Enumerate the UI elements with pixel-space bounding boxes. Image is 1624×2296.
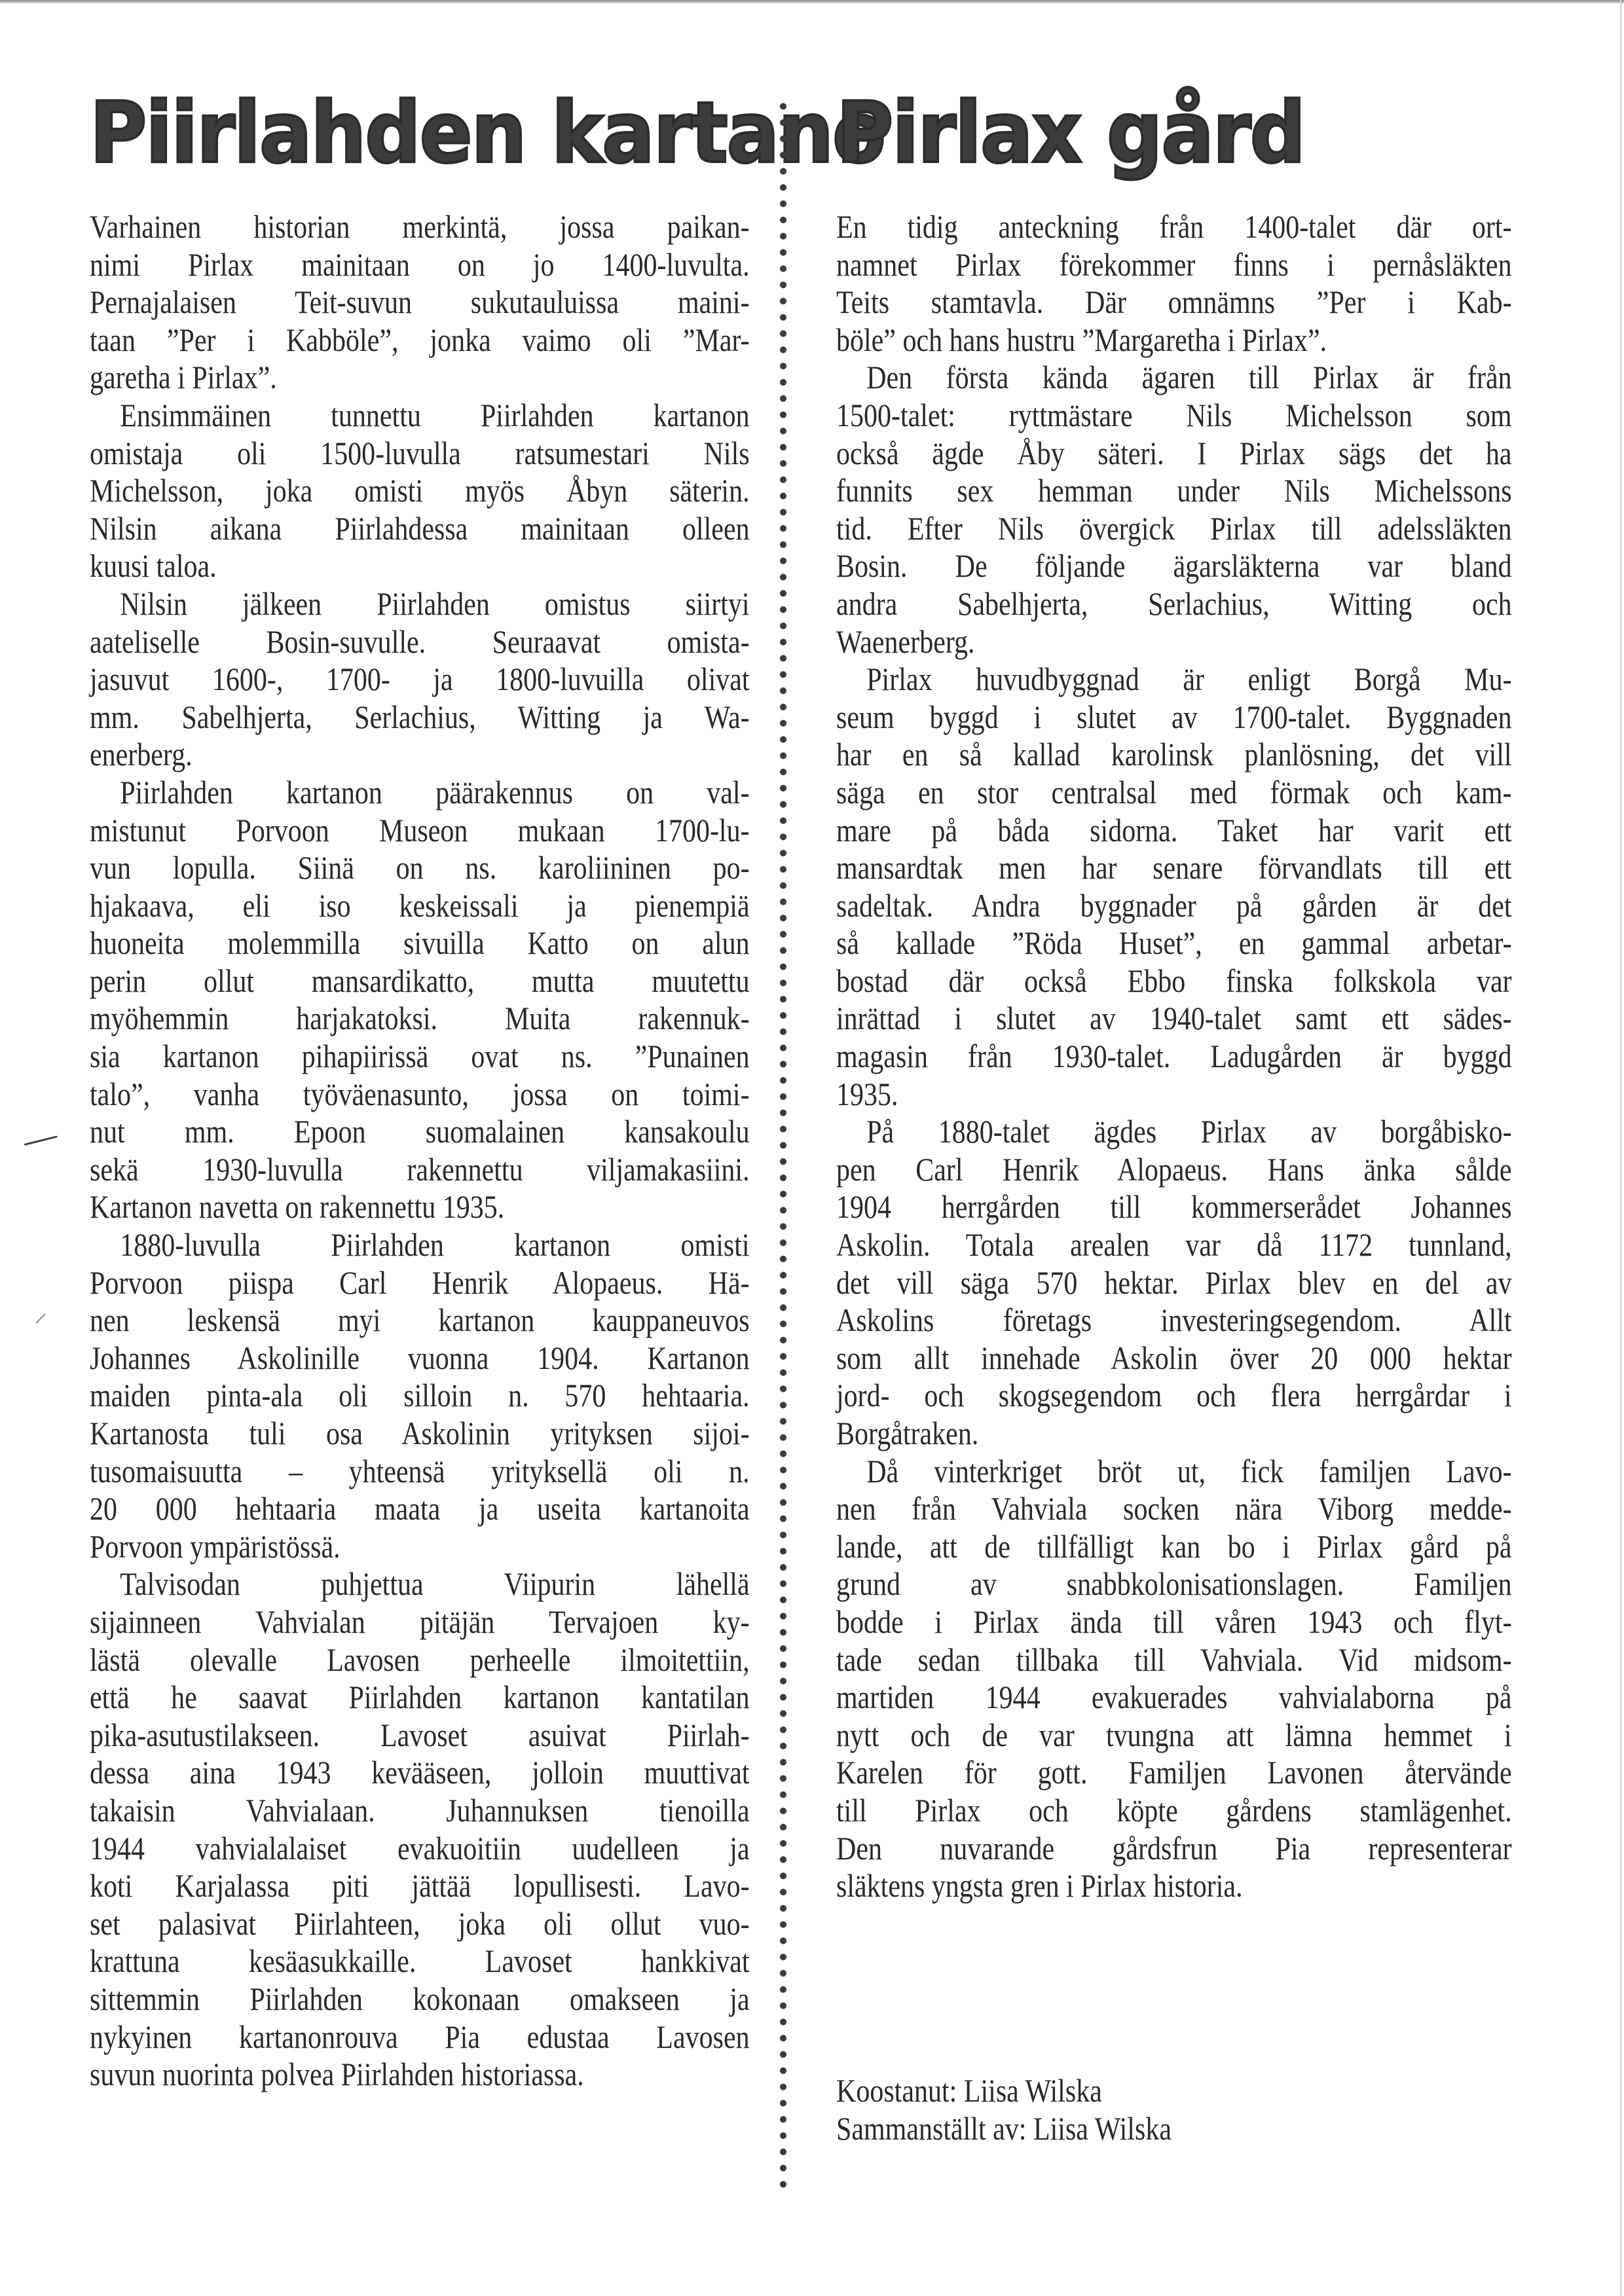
text-line: myöhemmin harjakatoksi. Muita rakennuk- [90, 1000, 750, 1038]
text-line: lästä olevalle Lavosen perheelle ilmoite… [90, 1641, 750, 1679]
text-line: bodde i Pirlax ända till våren 1943 och … [836, 1603, 1512, 1641]
column-divider-dots [779, 98, 787, 2190]
text-line: martiden 1944 evakuerades vahvialaborna … [836, 1679, 1512, 1717]
text-line: nut mm. Epoon suomalainen kansakoulu [90, 1113, 750, 1151]
text-line: magasin från 1930-talet. Ladugården är b… [836, 1038, 1512, 1076]
text-line: Karelen för gott. Familjen Lavonen återv… [836, 1754, 1512, 1792]
text-line: Porvoon ympäristössä. [90, 1528, 750, 1566]
text-line: Waenerberg. [836, 623, 1512, 661]
text-line: Varhainen historian merkintä, jossa paik… [90, 208, 750, 246]
text-line: släktens yngsta gren i Pirlax historia. [836, 1867, 1512, 1905]
finnish-article-body: Varhainen historian merkintä, jossa paik… [90, 208, 750, 2094]
text-line: Pirlax huvudbyggnad är enligt Borgå Mu- [836, 661, 1512, 699]
text-line: Nilsin jälkeen Piirlahden omistus siirty… [90, 585, 750, 623]
swedish-article-body: En tidig anteckning från 1400-talet där … [836, 208, 1512, 1905]
text-line: sittemmin Piirlahden kokonaan omakseen j… [90, 1980, 750, 2018]
text-line: koti Karjalassa piti jättää lopullisesti… [90, 1867, 750, 1905]
text-line: Den första kända ägaren till Pirlax är f… [836, 359, 1512, 397]
text-line: Johannes Askolinille vuonna 1904. Kartan… [90, 1339, 750, 1377]
text-line: 1500-talet: ryttmästare Nils Michelsson … [836, 397, 1512, 435]
text-line: pen Carl Henrik Alopaeus. Hans änka såld… [836, 1151, 1512, 1189]
text-line: suvun nuorinta polvea Piirlahden histori… [90, 2056, 750, 2094]
text-line: så kallade ”Röda Huset”, en gammal arbet… [836, 924, 1512, 962]
text-line: että he saavat Piirlahden kartanon kanta… [90, 1679, 750, 1717]
text-line: huoneita molemmilla sivuilla Katto on al… [90, 924, 750, 962]
text-line: set palasivat Piirlahteen, joka oli ollu… [90, 1905, 750, 1943]
text-line: tusomaisuutta – yhteensä yrityksellä oli… [90, 1453, 750, 1491]
text-line: som allt innehade Askolin över 20 000 he… [836, 1339, 1512, 1377]
text-line: namnet Pirlax förekommer finns i pernåsl… [836, 246, 1512, 284]
text-line: vun lopulla. Siinä on ns. karoliininen p… [90, 849, 750, 887]
text-line: Kartanon navetta on rakennettu 1935. [90, 1188, 750, 1226]
text-line: mare på båda sidorna. Taket har varit et… [836, 812, 1512, 850]
text-line: sadeltak. Andra byggnader på gården är d… [836, 887, 1512, 925]
text-line: 1935. [836, 1076, 1512, 1114]
text-line: perin ollut mansardikatto, mutta muutett… [90, 962, 750, 1000]
text-line: det vill säga 570 hektar. Pirlax blev en… [836, 1264, 1512, 1302]
text-line: mansardtak men har senare förvandlats ti… [836, 849, 1512, 887]
text-line: jord- och skogsegendom och flera herrgår… [836, 1377, 1512, 1415]
text-line: kuusi taloa. [90, 547, 750, 585]
text-line: Bosin. De följande ägarsläkterna var bla… [836, 547, 1512, 585]
text-line: 20 000 hehtaaria maata ja useita kartano… [90, 1490, 750, 1528]
text-line: böle” och hans hustru ”Margaretha i Pirl… [836, 321, 1512, 359]
text-line: maiden pinta-ala oli silloin n. 570 heht… [90, 1377, 750, 1415]
margin-pen-dash [24, 1135, 58, 1145]
text-line: Då vinterkriget bröt ut, fick familjen L… [836, 1453, 1512, 1491]
text-line: Porvoon piispa Carl Henrik Alopaeus. Hä- [90, 1264, 750, 1302]
text-line: sia kartanon pihapiirissä ovat ns. ”Puna… [90, 1038, 750, 1076]
text-line: taan ”Per i Kabböle”, jonka vaimo oli ”M… [90, 321, 750, 359]
credits-block: Koostanut: Liisa Wilska Sammanställt av:… [836, 2072, 1235, 2147]
text-line: mistunut Porvoon Museon mukaan 1700-lu- [90, 812, 750, 850]
text-line: hjakaava, eli iso keskeissali ja pienemp… [90, 887, 750, 925]
text-line: 1944 vahvialalaiset evakuoitiin uudellee… [90, 1830, 750, 1868]
text-line: krattuna kesäasukkaille. Lavoset hankkiv… [90, 1942, 750, 1980]
text-line: Talvisodan puhjettua Viipurin lähellä [90, 1565, 750, 1603]
text-line: Pernajalaisen Teit-suvun sukutauluissa m… [90, 283, 750, 321]
margin-pen-tick [35, 1313, 46, 1324]
text-line: inrättad i slutet av 1940-talet samt ett… [836, 1000, 1512, 1038]
text-line: dessa aina 1943 kevääseen, jolloin muutt… [90, 1754, 750, 1792]
text-line: bostad där också Ebbo finska folkskola v… [836, 962, 1512, 1000]
credit-line-sv: Sammanställt av: Liisa Wilska [836, 2110, 1235, 2148]
text-line: takaisin Vahvialaan. Juhannuksen tienoil… [90, 1792, 750, 1830]
text-line: tade sedan tillbaka till Vahviala. Vid m… [836, 1641, 1512, 1679]
text-line: seum byggd i slutet av 1700-talet. Byggn… [836, 699, 1512, 737]
text-line: Teits stamtavla. Där omnämns ”Per i Kab- [836, 283, 1512, 321]
text-line: mm. Sabelhjerta, Serlachius, Witting ja … [90, 699, 750, 737]
scan-edge-top [0, 0, 1624, 3]
text-line: nykyinen kartanonrouva Pia edustaa Lavos… [90, 2018, 750, 2056]
text-line: garetha i Pirlax”. [90, 359, 750, 397]
text-line: Askolin. Totala arealen var då 1172 tunn… [836, 1226, 1512, 1264]
text-line: lande, att de tillfälligt kan bo i Pirla… [836, 1528, 1512, 1566]
text-line: En tidig anteckning från 1400-talet där … [836, 208, 1512, 246]
scan-edge-right [1620, 0, 1621, 2296]
text-line: funnits sex hemman under Nils Michelsson… [836, 472, 1512, 510]
text-line: nimi Pirlax mainitaan on jo 1400-luvulta… [90, 246, 750, 284]
text-line: Askolins företags investeringsegendom. A… [836, 1302, 1512, 1339]
text-line: har en så kallad karolinsk planlösning, … [836, 736, 1512, 774]
text-line: Borgåtraken. [836, 1415, 1512, 1453]
text-line: Kartanosta tuli osa Askolinin yrityksen … [90, 1415, 750, 1453]
text-line: säga en stor centralsal med förmak och k… [836, 774, 1512, 812]
text-line: också ägde Åby säteri. I Pirlax sägs det… [836, 435, 1512, 473]
text-line: pika-asutustilakseen. Lavoset asuivat Pi… [90, 1717, 750, 1755]
text-line: aateliselle Bosin-suvulle. Seuraavat omi… [90, 623, 750, 661]
text-line: Piirlahden kartanon päärakennus on val- [90, 774, 750, 812]
finnish-title: Piirlahden kartano [90, 92, 885, 175]
text-line: nen från Vahviala socken nära Viborg med… [836, 1490, 1512, 1528]
text-line: talo”, vanha työväenasunto, jossa on toi… [90, 1076, 750, 1114]
text-line: sekä 1930-luvulla rakennettu viljamakasi… [90, 1151, 750, 1189]
text-line: omistaja oli 1500-luvulla ratsumestari N… [90, 435, 750, 473]
text-line: 1904 herrgården till kommerserådet Johan… [836, 1188, 1512, 1226]
text-line: På 1880-talet ägdes Pirlax av borgåbisko… [836, 1113, 1512, 1151]
swedish-title: Pirlax gård [836, 92, 1304, 175]
text-line: sijainneen Vahvialan pitäjän Tervajoen k… [90, 1603, 750, 1641]
text-line: till Pirlax och köpte gårdens stamlägenh… [836, 1792, 1512, 1830]
credit-line-fi: Koostanut: Liisa Wilska [836, 2072, 1235, 2110]
text-line: Ensimmäinen tunnettu Piirlahden kartanon [90, 397, 750, 435]
text-line: Den nuvarande gårdsfrun Pia representera… [836, 1830, 1512, 1868]
text-line: nytt och de var tvungna att lämna hemmet… [836, 1717, 1512, 1755]
text-line: grund av snabbkolonisationslagen. Familj… [836, 1565, 1512, 1603]
text-line: tid. Efter Nils övergick Pirlax till ade… [836, 510, 1512, 548]
text-line: Michelsson, joka omisti myös Åbyn säteri… [90, 472, 750, 510]
text-line: 1880-luvulla Piirlahden kartanon omisti [90, 1226, 750, 1264]
text-line: nen leskensä myi kartanon kauppaneuvos [90, 1302, 750, 1339]
text-line: andra Sabelhjerta, Serlachius, Witting o… [836, 585, 1512, 623]
text-line: jasuvut 1600-, 1700- ja 1800-luvuilla ol… [90, 661, 750, 699]
text-line: Nilsin aikana Piirlahdessa mainitaan oll… [90, 510, 750, 548]
text-line: enerberg. [90, 736, 750, 774]
